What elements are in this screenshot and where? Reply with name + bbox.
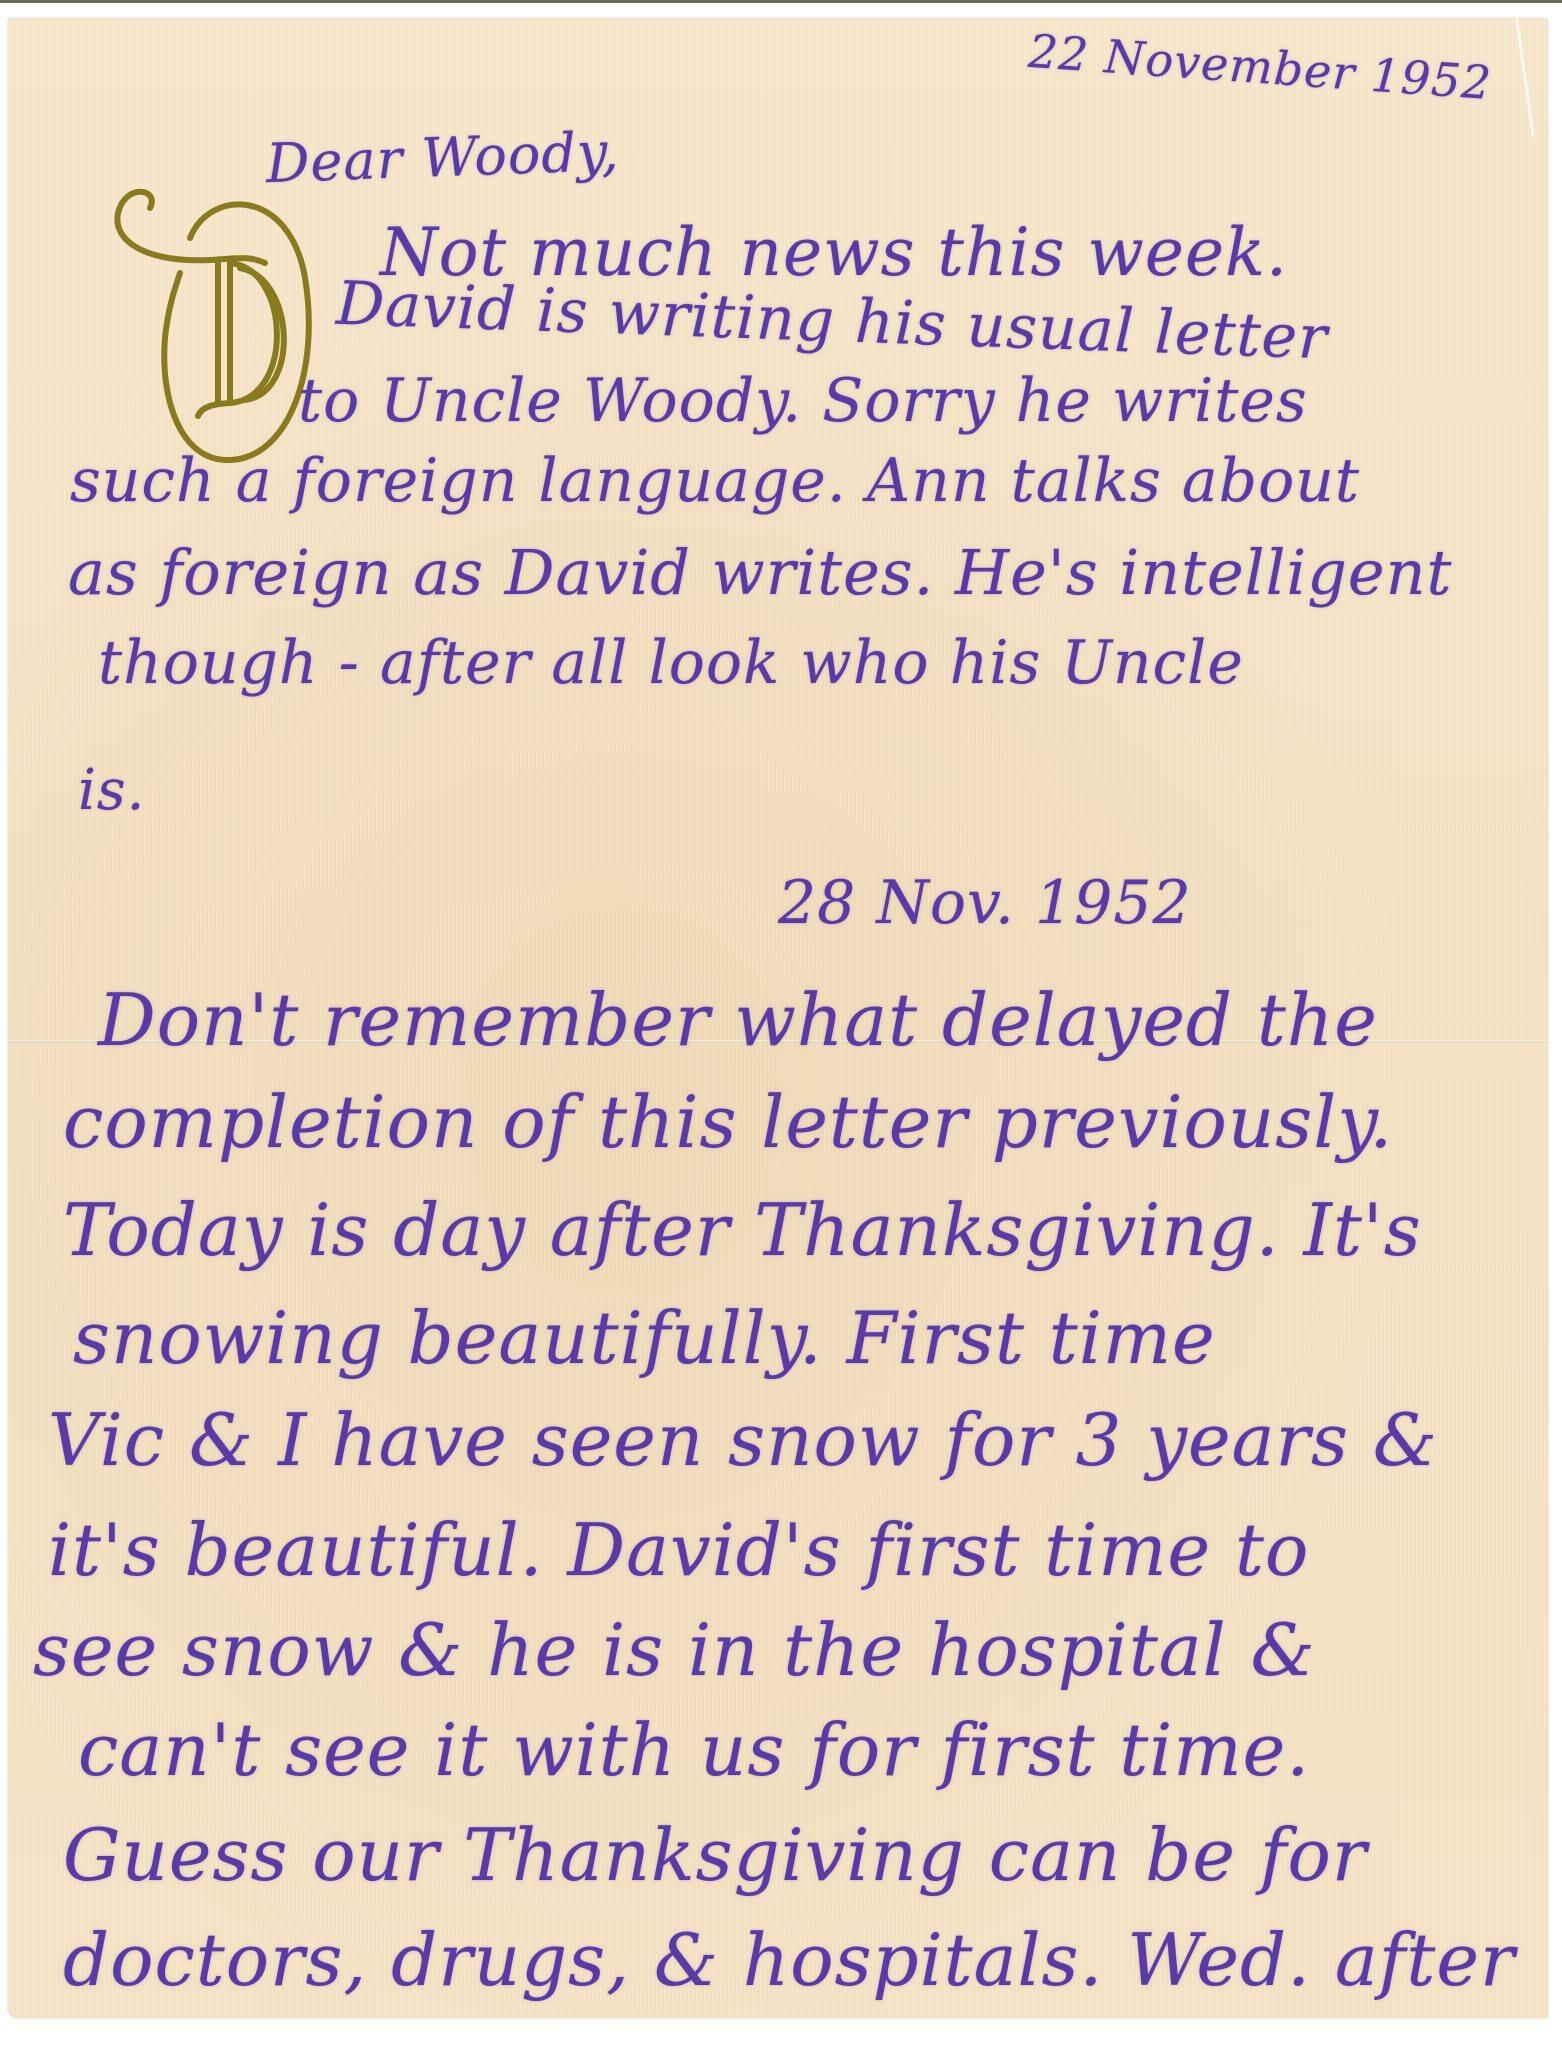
paper-crack (1515, 18, 1535, 137)
letter-line: it's beautiful. David's first time to (48, 1508, 1309, 1592)
letter-line: Guess our Thanksgiving can be for (63, 1813, 1367, 1897)
salutation: Dear Woody, (265, 120, 620, 195)
letter-line: Vic & I have seen snow for 3 years & (48, 1398, 1438, 1482)
first-entry-date: 22 November 1952 (1027, 24, 1494, 110)
letter-line: Don't remember what delayed the (98, 978, 1378, 1062)
letter-line: can't see it with us for first time. (78, 1708, 1310, 1792)
letter-line: snowing beautifully. First time (73, 1296, 1216, 1380)
letter-line: Today is day after Thanksgiving. It's (63, 1188, 1422, 1272)
letter-line: is. (78, 758, 145, 823)
letter-line: see snow & he is in the hospital & (33, 1608, 1316, 1692)
letter-line: though - after all look who his Uncle (98, 628, 1244, 698)
letter-line: such a foreign language. Ann talks about (70, 446, 1360, 516)
letter-page: 22 November 1952 Dear Woody, Not much ne… (8, 18, 1548, 2018)
letter-line: doctors, drugs, & hospitals. Wed. after (63, 1918, 1515, 2002)
letter-line: to Uncle Woody. Sorry he writes (298, 366, 1308, 436)
letter-line: as foreign as David writes. He's intelli… (68, 536, 1452, 609)
scan-edge (0, 0, 1562, 3)
letter-line: completion of this letter previously. (63, 1080, 1393, 1164)
second-entry-date: 28 Nov. 1952 (778, 868, 1192, 938)
